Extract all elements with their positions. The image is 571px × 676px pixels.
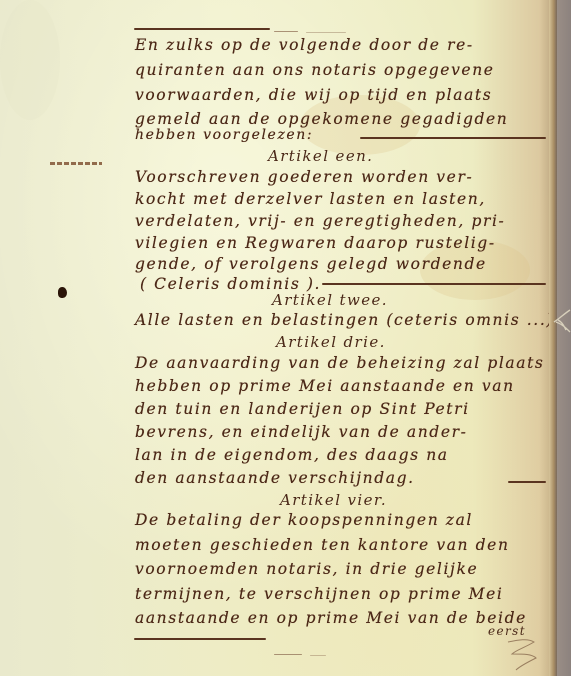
- article-1-line: gende, of verolgens gelegd wordende: [135, 255, 487, 273]
- article-4-line: De betaling der koopspenningen zal: [135, 511, 473, 529]
- intro-line: voorwaarden, die wij op tijd en plaats: [135, 86, 492, 104]
- intro-line: hebben voorgelezen:: [135, 127, 313, 143]
- line-filler-rule: [322, 283, 546, 285]
- top-rule-dots: [306, 32, 346, 33]
- article-2-heading: Artikel twee.: [272, 291, 388, 309]
- paper-stain: [0, 0, 60, 120]
- closing-rule: [134, 638, 266, 640]
- scan-backdrop: [557, 0, 571, 676]
- top-rule-dash: [274, 31, 298, 32]
- intro-line: quiranten aan ons notaris opgegevene: [135, 61, 495, 79]
- page-binding-edge: [549, 0, 557, 676]
- intro-line: En zulks op de volgende door de re-: [135, 36, 474, 54]
- article-4-line: voornoemden notaris, in drie gelijke: [135, 560, 478, 578]
- article-4-heading: Artikel vier.: [280, 491, 387, 509]
- binding-thread: [552, 308, 571, 334]
- article-3-line: den tuin en landerijen op Sint Petri: [135, 400, 470, 418]
- article-3-line: den aanstaande verschijndag.: [135, 469, 415, 487]
- article-4-line: aanstaande en op prime Mei van de beide: [135, 609, 527, 627]
- article-3-line: hebben op prime Mei aanstaande en van: [135, 377, 515, 395]
- article-1-line: vilegien en Regwaren daarop rustelig-: [135, 234, 496, 252]
- article-3-line: De aanvaarding van de beheizing zal plaa…: [135, 354, 544, 372]
- closing-dots: [310, 655, 326, 656]
- flourish-mark: [502, 628, 542, 676]
- article-2-line: Alle lasten en belastingen (ceteris omni…: [135, 311, 554, 329]
- article-1-line: kocht met derzelver lasten en lasten,: [135, 190, 486, 208]
- article-3-line: bevrens, en eindelijk van de ander-: [135, 423, 467, 441]
- closing-dash: [274, 654, 302, 655]
- intro-line: gemeld aan de opgekomene gegadigden: [135, 110, 508, 128]
- article-1-heading: Artikel een.: [268, 147, 373, 165]
- article-4-line: moeten geschieden ten kantore van den: [135, 536, 510, 554]
- document-page: En zulks op de volgende door de re- quir…: [0, 0, 556, 676]
- top-rule: [134, 28, 270, 30]
- article-3-line: lan in de eigendom, des daags na: [135, 446, 449, 464]
- line-filler-rule: [508, 481, 546, 483]
- article-1-line: Voorschreven goederen worden ver-: [135, 168, 473, 186]
- line-filler-rule: [360, 137, 546, 139]
- margin-dash-mark: [50, 162, 102, 165]
- article-3-heading: Artikel drie.: [276, 333, 386, 351]
- ink-blot: [58, 287, 67, 298]
- article-1-line: verdelaten, vrij- en geregtigheden, pri-: [135, 212, 505, 230]
- article-4-line: termijnen, te verschijnen op prime Mei: [135, 585, 503, 603]
